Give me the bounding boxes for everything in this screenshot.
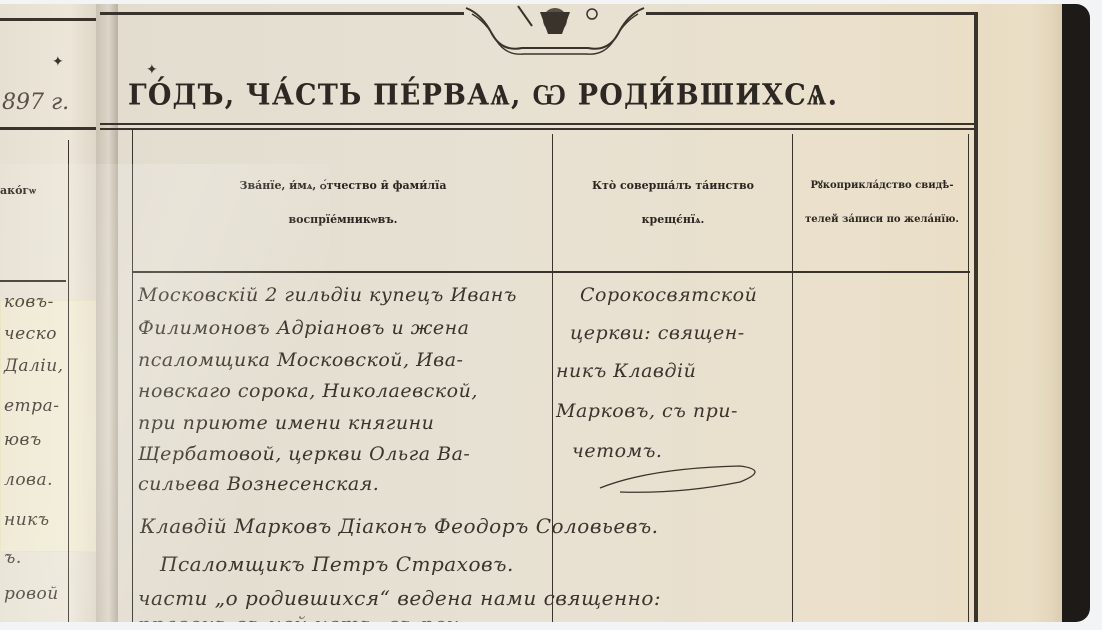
left-top-rule xyxy=(0,18,96,21)
priest-line: Сорокосвятской xyxy=(580,284,757,306)
right-border xyxy=(974,12,978,622)
column-header-line: Зва́нїе, и́мѧ, ѻ́тчество и̑ фами́лїа xyxy=(136,169,550,203)
column-header-line: воспрїе́мникѡвъ. xyxy=(136,203,550,237)
column-divider-1 xyxy=(552,134,553,622)
page-title: ГО́ДЪ, ЧА́СТЬ ПЕ́РВАѦ, Ѡ РОДИ́ВШИХСѦ. xyxy=(128,79,838,112)
left-fragment: ческо xyxy=(4,324,57,344)
column-header-witnesses: Рꙋкоприкла́дство свидѣ- телей за́писи по… xyxy=(796,169,968,237)
godparents-line: новскаго сорока, Николаевской, xyxy=(138,380,478,402)
synodal-press-emblem-icon xyxy=(462,4,648,60)
top-border-rule-left xyxy=(100,12,464,15)
godparents-line: Московскій 2 гильдіи купецъ Иванъ xyxy=(138,284,517,306)
left-fragment: ювъ xyxy=(4,430,42,450)
year-annotation: 897 г. xyxy=(2,90,69,115)
left-column-header-fragment: ако́гѡ xyxy=(0,174,66,208)
left-title-rule xyxy=(0,127,96,130)
header-bottom-rule xyxy=(132,271,970,273)
column-header-line: Кто̀ соверша́лъ та́инство xyxy=(556,169,790,203)
signature-flourish-icon xyxy=(590,448,770,498)
column-header-godparents: Зва́нїе, и́мѧ, ѻ́тчество и̑ фами́лїа вос… xyxy=(136,169,550,237)
column-header-line: телей за́писи по жела́нїю. xyxy=(796,203,968,237)
column-header-line: крещє́нїѧ. xyxy=(556,203,790,237)
left-fragment: никъ xyxy=(4,510,50,530)
page-edge-margin xyxy=(978,4,1064,622)
left-fragment: ъ. xyxy=(4,548,22,568)
title-rule-2 xyxy=(100,128,974,130)
godparents-line: сильева Вознесенская. xyxy=(138,473,379,495)
left-fragment: Даліи, xyxy=(4,356,64,376)
pin-mark: ✦ xyxy=(146,62,158,78)
godparents-line: при приюте имени княгини xyxy=(138,412,434,434)
godparents-line: Филимоновъ Адріановъ и жена xyxy=(138,317,469,339)
signature-line: Псаломщикъ Петръ Страховъ. xyxy=(160,552,514,576)
left-fragment: ровой xyxy=(4,584,59,604)
inner-right-line xyxy=(968,134,969,622)
left-fragment: лова. xyxy=(4,470,53,490)
left-fragment: етра- xyxy=(4,396,59,416)
column-header-line: Рꙋкоприкла́дство свидѣ- xyxy=(796,169,968,203)
footer-note-line: правочъ въ ней нетъ; въ поч... xyxy=(138,612,480,622)
gutter-line xyxy=(132,130,133,622)
priest-line: никъ Клавдій xyxy=(556,360,696,382)
book-cover-edge xyxy=(1062,4,1090,622)
column-divider-2 xyxy=(792,134,793,622)
left-fragment: ковъ- xyxy=(4,292,54,312)
godparents-line: псаломщика Московской, Ива- xyxy=(138,349,463,371)
pin-mark: ✦ xyxy=(52,54,64,70)
column-header-priest: Кто̀ соверша́лъ та́инство крещє́нїѧ. xyxy=(556,169,790,237)
document-image-viewer: ✦ ✦ 897 г. ГО́ДЪ, ЧА́СТЬ ПЕ́РВАѦ, Ѡ РОДИ… xyxy=(0,4,1090,622)
godparents-line: Щербатовой, церкви Ольга Ва- xyxy=(138,443,470,465)
title-rule-1 xyxy=(100,123,974,125)
priest-line: Марковъ, съ при- xyxy=(556,400,738,422)
priest-line: церкви: священ- xyxy=(570,322,745,344)
left-header-rule xyxy=(0,280,66,282)
signature-line: Клавдій Марковъ Діаконъ Феодоръ Соловьев… xyxy=(140,514,659,538)
footer-note-line: части „о родившихся“ ведена нами священн… xyxy=(138,586,661,610)
top-border-rule-right xyxy=(646,12,976,15)
left-column-line xyxy=(68,140,69,622)
